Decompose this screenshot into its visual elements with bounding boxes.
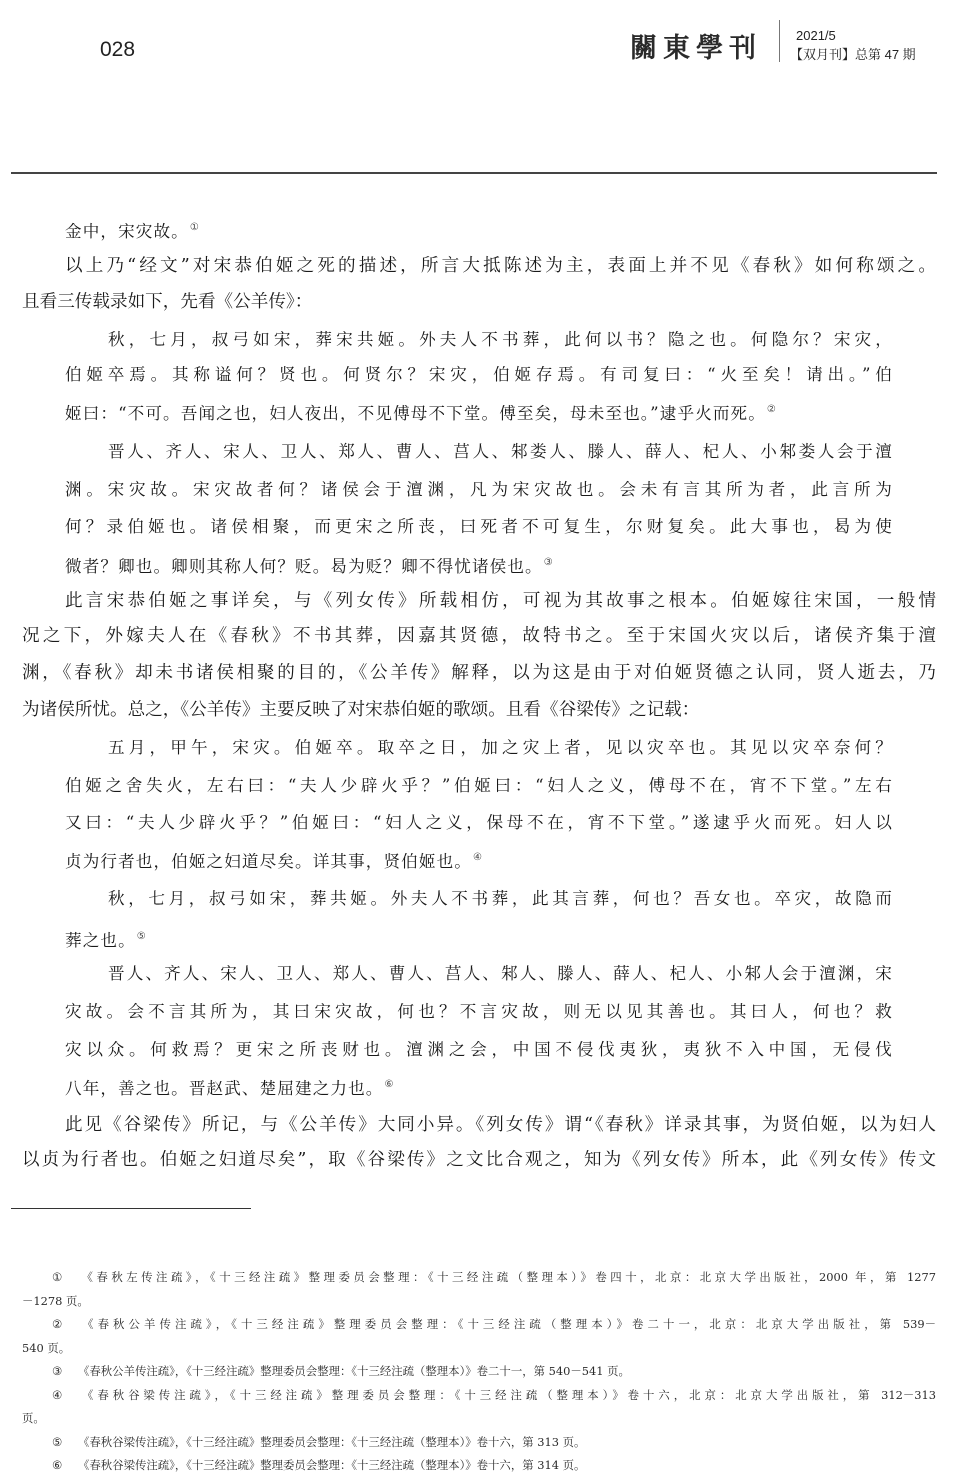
paragraph-line: 以上乃“经文”对宋恭伯姬之死的描述，所言大抵陈述为主，表面上并不见《春秋》如何称… <box>65 255 936 277</box>
line-text: 况之下，外嫁夫人在《春秋》不书其葬，因嘉其贤德，故特书之。至于宋国火灾以后，诸侯… <box>22 626 936 646</box>
line-text: 且看三传载录如下，先看《公羊传》： <box>22 292 312 312</box>
quotation-line: 晋人、齐人、宋人、卫人、郑人、曹人、莒人、邾娄人、滕人、薛人、杞人、小邾娄人会于… <box>108 441 893 463</box>
paragraph-line: 况之下，外嫁夫人在《春秋》不书其葬，因嘉其贤德，故特书之。至于宋国火灾以后，诸侯… <box>22 625 936 647</box>
paragraph-line: 此言宋恭伯姬之事详矣，与《列女传》所载相仿，可视为其故事之根本。伯姬嫁往宋国，一… <box>65 590 936 612</box>
line-text: 伯姬之舍失火，左右曰：“夫人少辟火乎？”伯姬曰：“妇人之义，傅母不在，宵不下堂。… <box>65 776 893 795</box>
line-text: 秋，七月，叔弓如宋，葬宋共姬。外夫人不书葬，此何以书？隐之也。何隐尔？宋灾， <box>108 330 893 349</box>
line-text: 姬曰：“不可。吾闻之也，妇人夜出，不见傅母不下堂。傅至矣，母未至也。”逮乎火而死… <box>65 404 766 423</box>
header-rule <box>11 172 937 174</box>
line-text: 渊。宋灾故。宋灾故者何？诸侯会于澶渊，凡为宋灾故也。会未有言其所为者，此言所为 <box>65 480 893 499</box>
footnote-marker: ⑥ <box>52 1457 78 1473</box>
line-text: 秋，七月，叔弓如宋，葬共姬。外夫人不书葬，此其言葬，何也？吾女也。卒灾，故隐而 <box>108 889 893 908</box>
footnote-item: ③《春秋公羊传注疏》，《十三经注疏》整理委员会整理：《十三经注疏（整理本）》卷二… <box>52 1363 936 1379</box>
quotation-line: 秋，七月，叔弓如宋，葬宋共姬。外夫人不书葬，此何以书？隐之也。何隐尔？宋灾， <box>108 329 893 351</box>
quotation-line: 金中，宋灾故。① <box>65 217 893 243</box>
quotation-line: 五月，甲午，宋灾。伯姬卒。取卒之日，加之灾上者，见以灾卒也。其见以灾卒奈何？ <box>108 737 893 759</box>
footnote-text: 《春秋左传注疏》，《十三经注疏》整理委员会整理：《十三经注疏（整理本）》卷四十，… <box>78 1270 936 1284</box>
issue-year: 2021/5 <box>796 28 836 43</box>
footnote-item: ④《春秋谷梁传注疏》，《十三经注疏》整理委员会整理：《十三经注疏（整理本）》卷十… <box>52 1387 936 1403</box>
footnote-reference[interactable]: ② <box>767 404 777 415</box>
footnote-item: ⑤《春秋谷梁传注疏》，《十三经注疏》整理委员会整理：《十三经注疏（整理本）》卷十… <box>52 1434 936 1450</box>
line-text: 以贞为行者也。伯姬之妇道尽矣”，取《谷梁传》之文比合观之，知为《列女传》所本，此… <box>22 1150 936 1170</box>
footnote-item: ①《春秋左传注疏》，《十三经注疏》整理委员会整理：《十三经注疏（整理本）》卷四十… <box>52 1269 936 1285</box>
quotation-line: 微者？卿也。卿则其称人何？贬。曷为贬？卿不得忧诸侯也。③ <box>65 552 893 578</box>
line-text: 晋人、齐人、宋人、卫人、郑人、曹人、莒人、邾人、滕人、薛人、杞人、小邾人会于澶渊… <box>108 964 893 983</box>
footnote-text: 《春秋谷梁传注疏》，《十三经注疏》整理委员会整理：《十三经注疏（整理本）》卷十六… <box>78 1388 936 1402</box>
line-text: 微者？卿也。卿则其称人何？贬。曷为贬？卿不得忧诸侯也。 <box>65 557 543 576</box>
quotation-line: 贞为行者也，伯姬之妇道尽矣。详其事，贤伯姬也。④ <box>65 847 893 873</box>
quotation-line: 渊。宋灾故。宋灾故者何？诸侯会于澶渊，凡为宋灾故也。会未有言其所为者，此言所为 <box>65 479 893 501</box>
line-text: 以上乃“经文”对宋恭伯姬之死的描述，所言大抵陈述为主，表面上并不见《春秋》如何称… <box>65 256 936 276</box>
footnote-continuation: 页。 <box>22 1410 45 1426</box>
header-divider <box>779 20 780 62</box>
footnote-reference[interactable]: ③ <box>544 557 554 568</box>
quotation-line: 晋人、齐人、宋人、卫人、郑人、曹人、莒人、邾人、滕人、薛人、杞人、小邾人会于澶渊… <box>108 963 893 985</box>
line-text: 为诸侯所忧。总之，《公羊传》主要反映了对宋恭伯姬的歌颂。且看《谷梁传》之记载： <box>22 700 699 720</box>
quotation-line: 灾以众。何救焉？更宋之所丧财也。澶渊之会，中国不侵伐夷狄，夷狄不入中国，无侵伐 <box>65 1039 893 1061</box>
line-text: 八年，善之也。晋赵武、楚屈建之力也。 <box>65 1079 384 1098</box>
line-text: 灾以众。何救焉？更宋之所丧财也。澶渊之会，中国不侵伐夷狄，夷狄不入中国，无侵伐 <box>65 1040 893 1059</box>
quotation-line: 伯姬卒焉。其称谥何？贤也。何贤尔？宋灾，伯姬存焉。有司复曰：“火至矣！请出。”伯 <box>65 364 893 386</box>
footnote-text: 《春秋谷梁传注疏》，《十三经注疏》整理委员会整理：《十三经注疏（整理本）》卷十六… <box>78 1435 585 1449</box>
footnote-marker: ① <box>52 1269 78 1285</box>
footnote-text: 《春秋公羊传注疏》，《十三经注疏》整理委员会整理：《十三经注疏（整理本）》卷二十… <box>78 1317 936 1331</box>
line-text: 贞为行者也，伯姬之妇道尽矣。详其事，贤伯姬也。 <box>65 852 472 871</box>
line-text: 灾故。会不言其所为，其曰宋灾故，何也？不言灾故，则无以见其善也。其曰人，何也？救 <box>65 1002 893 1021</box>
footnote-separator <box>11 1208 251 1209</box>
page-number: 028 <box>100 38 135 62</box>
paragraph-line: 为诸侯所忧。总之，《公羊传》主要反映了对宋恭伯姬的歌颂。且看《谷梁传》之记载： <box>22 699 936 721</box>
line-text: 此见《谷梁传》所记，与《公羊传》大同小异。《列女传》谓“《春秋》详录其事，为贤伯… <box>65 1115 936 1135</box>
line-text: 伯姬卒焉。其称谥何？贤也。何贤尔？宋灾，伯姬存焉。有司复曰：“火至矣！请出。”伯 <box>65 365 893 384</box>
quotation-line: 又曰：“夫人少辟火乎？”伯姬曰：“妇人之义，保母不在，宵不下堂。”遂逮乎火而死。… <box>65 812 893 834</box>
paragraph-line: 以贞为行者也。伯姬之妇道尽矣”，取《谷梁传》之文比合观之，知为《列女传》所本，此… <box>22 1149 936 1171</box>
footnote-continuation: 540 页。 <box>22 1340 70 1356</box>
footnote-marker: ② <box>52 1316 78 1332</box>
line-text: 金中，宋灾故。 <box>65 222 189 241</box>
footnote-text: 《春秋公羊传注疏》，《十三经注疏》整理委员会整理：《十三经注疏（整理本）》卷二十… <box>78 1364 630 1378</box>
issue-info: 【双月刊】总第 47 期 <box>790 44 916 63</box>
journal-title-logo: 關東學刊 <box>630 26 762 65</box>
footnote-marker: ④ <box>52 1387 78 1403</box>
line-text: 五月，甲午，宋灾。伯姬卒。取卒之日，加之灾上者，见以灾卒也。其见以灾卒奈何？ <box>108 738 893 757</box>
quotation-line: 灾故。会不言其所为，其曰宋灾故，何也？不言灾故，则无以见其善也。其曰人，何也？救 <box>65 1001 893 1023</box>
paragraph-line: 此见《谷梁传》所记，与《公羊传》大同小异。《列女传》谓“《春秋》详录其事，为贤伯… <box>65 1114 936 1136</box>
footnote-reference[interactable]: ⑤ <box>137 931 147 942</box>
footnote-text: 《春秋谷梁传注疏》，《十三经注疏》整理委员会整理：《十三经注疏（整理本）》卷十六… <box>78 1458 585 1472</box>
line-text: 此言宋恭伯姬之事详矣，与《列女传》所载相仿，可视为其故事之根本。伯姬嫁往宋国，一… <box>65 591 936 611</box>
quotation-line: 伯姬之舍失火，左右曰：“夫人少辟火乎？”伯姬曰：“妇人之义，傅母不在，宵不下堂。… <box>65 775 893 797</box>
footnote-reference[interactable]: ⑥ <box>385 1079 395 1090</box>
line-text: 渊，《春秋》却未书诸侯相聚的目的，《公羊传》解释，以为这是由于对伯姬贤德之认同，… <box>22 663 936 683</box>
paragraph-line: 且看三传载录如下，先看《公羊传》： <box>22 291 936 313</box>
quotation-line: 秋，七月，叔弓如宋，葬共姬。外夫人不书葬，此其言葬，何也？吾女也。卒灾，故隐而 <box>108 888 893 910</box>
line-text: 何？录伯姬也。诸侯相聚，而更宋之所丧，曰死者不可复生，尔财复矣。此大事也，曷为使 <box>65 517 893 536</box>
quotation-line: 姬曰：“不可。吾闻之也，妇人夜出，不见傅母不下堂。傅至矣，母未至也。”逮乎火而死… <box>65 399 893 425</box>
footnote-marker: ⑤ <box>52 1434 78 1450</box>
footnote-item: ②《春秋公羊传注疏》，《十三经注疏》整理委员会整理：《十三经注疏（整理本）》卷二… <box>52 1316 936 1332</box>
quotation-line: 葬之也。⑤ <box>65 926 893 952</box>
footnote-reference[interactable]: ① <box>190 222 200 233</box>
line-text: 葬之也。 <box>65 931 136 950</box>
footnote-item: ⑥《春秋谷梁传注疏》，《十三经注疏》整理委员会整理：《十三经注疏（整理本）》卷十… <box>52 1457 936 1473</box>
quotation-line: 八年，善之也。晋赵武、楚屈建之力也。⑥ <box>65 1074 893 1100</box>
line-text: 晋人、齐人、宋人、卫人、郑人、曹人、莒人、邾娄人、滕人、薛人、杞人、小邾娄人会于… <box>108 442 893 461</box>
footnote-continuation: －1278 页。 <box>22 1293 89 1309</box>
paragraph-line: 渊，《春秋》却未书诸侯相聚的目的，《公羊传》解释，以为这是由于对伯姬贤德之认同，… <box>22 662 936 684</box>
footnote-marker: ③ <box>52 1363 78 1379</box>
line-text: 又曰：“夫人少辟火乎？”伯姬曰：“妇人之义，保母不在，宵不下堂。”遂逮乎火而死。… <box>65 813 893 832</box>
quotation-line: 何？录伯姬也。诸侯相聚，而更宋之所丧，曰死者不可复生，尔财复矣。此大事也，曷为使 <box>65 516 893 538</box>
footnote-reference[interactable]: ④ <box>473 852 483 863</box>
